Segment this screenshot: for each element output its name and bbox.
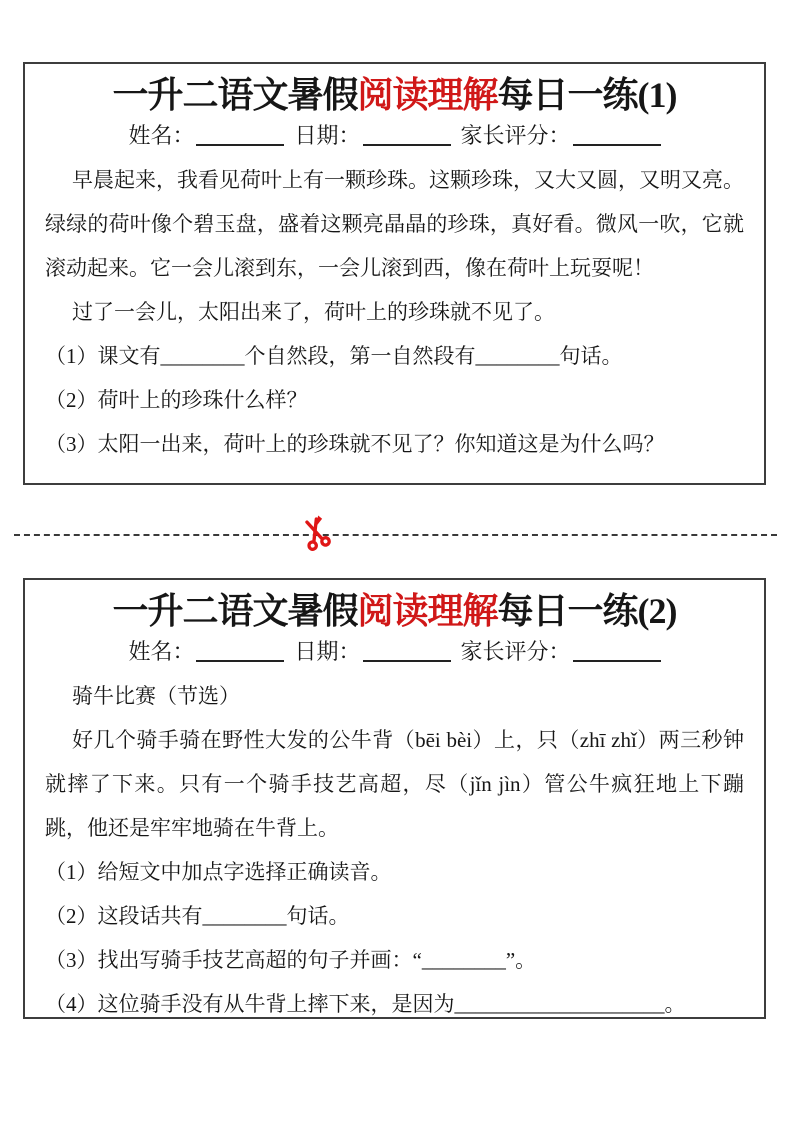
scissors-icon — [294, 511, 338, 558]
name-field-blank — [196, 640, 284, 662]
header-fields-2: 姓名：日期：家长评分： — [45, 636, 744, 668]
name-field-label: 姓名： — [128, 123, 194, 148]
cut-line — [14, 534, 777, 536]
question-line: （3）找出写骑手技艺高超的句子并画：“________”。 — [45, 938, 744, 982]
question-line: （1）课文有________个自然段，第一自然段有________句话。 — [45, 334, 744, 378]
question-line: （2）这段话共有________句话。 — [45, 894, 744, 938]
passage-subtitle: 骑牛比赛（节选） — [45, 674, 744, 718]
passage-paragraph: 好几个骑手骑在野性大发的公牛背（bēi bèi）上，只（zhī zhǐ）两三秒钟… — [45, 718, 744, 850]
score-field-blank — [573, 124, 661, 146]
worksheet-title-2: 一升二语文暑假阅读理解每日一练(2) — [45, 588, 744, 634]
score-field-label: 家长评分： — [461, 639, 571, 664]
question-line: （1）给短文中加点字选择正确读音。 — [45, 850, 744, 894]
date-field-blank — [363, 640, 451, 662]
header-fields-1: 姓名：日期：家长评分： — [45, 120, 744, 152]
title-text-post: 每日一练(1) — [498, 75, 677, 115]
title-highlight: 阅读理解 — [358, 75, 498, 115]
date-field-label: 日期： — [294, 639, 360, 664]
worksheet-card-2: 一升二语文暑假阅读理解每日一练(2) 姓名：日期：家长评分： 骑牛比赛（节选） … — [23, 578, 766, 1019]
passage-paragraph: 过了一会儿，太阳出来了，荷叶上的珍珠就不见了。 — [45, 290, 744, 334]
question-line: （3）太阳一出来，荷叶上的珍珠就不见了？你知道这是为什么吗？ — [45, 422, 744, 466]
name-field-blank — [196, 124, 284, 146]
score-field-blank — [573, 640, 661, 662]
title-highlight: 阅读理解 — [358, 591, 498, 631]
question-line: （2）荷叶上的珍珠什么样？ — [45, 378, 744, 422]
date-field-blank — [363, 124, 451, 146]
worksheet-page: { "colors": { "accent_red": "#d01818", "… — [0, 0, 793, 1122]
title-text-pre: 一升二语文暑假 — [112, 591, 357, 631]
date-field-label: 日期： — [294, 123, 360, 148]
passage-paragraph: 早晨起来，我看见荷叶上有一颗珍珠。这颗珍珠，又大又圆，又明又亮。绿绿的荷叶像个碧… — [45, 158, 744, 290]
score-field-label: 家长评分： — [461, 123, 571, 148]
name-field-label: 姓名： — [128, 639, 194, 664]
title-text-pre: 一升二语文暑假 — [112, 75, 357, 115]
question-line: （4）这位骑手没有从牛背上摔下来，是因为____________________… — [45, 982, 744, 1026]
passage-2: 骑牛比赛（节选） 好几个骑手骑在野性大发的公牛背（bēi bèi）上，只（zhī… — [45, 674, 744, 1026]
passage-1: 早晨起来，我看见荷叶上有一颗珍珠。这颗珍珠，又大又圆，又明又亮。绿绿的荷叶像个碧… — [45, 158, 744, 466]
worksheet-card-1: 一升二语文暑假阅读理解每日一练(1) 姓名：日期：家长评分： 早晨起来，我看见荷… — [23, 62, 766, 485]
title-text-post: 每日一练(2) — [498, 591, 677, 631]
worksheet-title-1: 一升二语文暑假阅读理解每日一练(1) — [45, 72, 744, 118]
